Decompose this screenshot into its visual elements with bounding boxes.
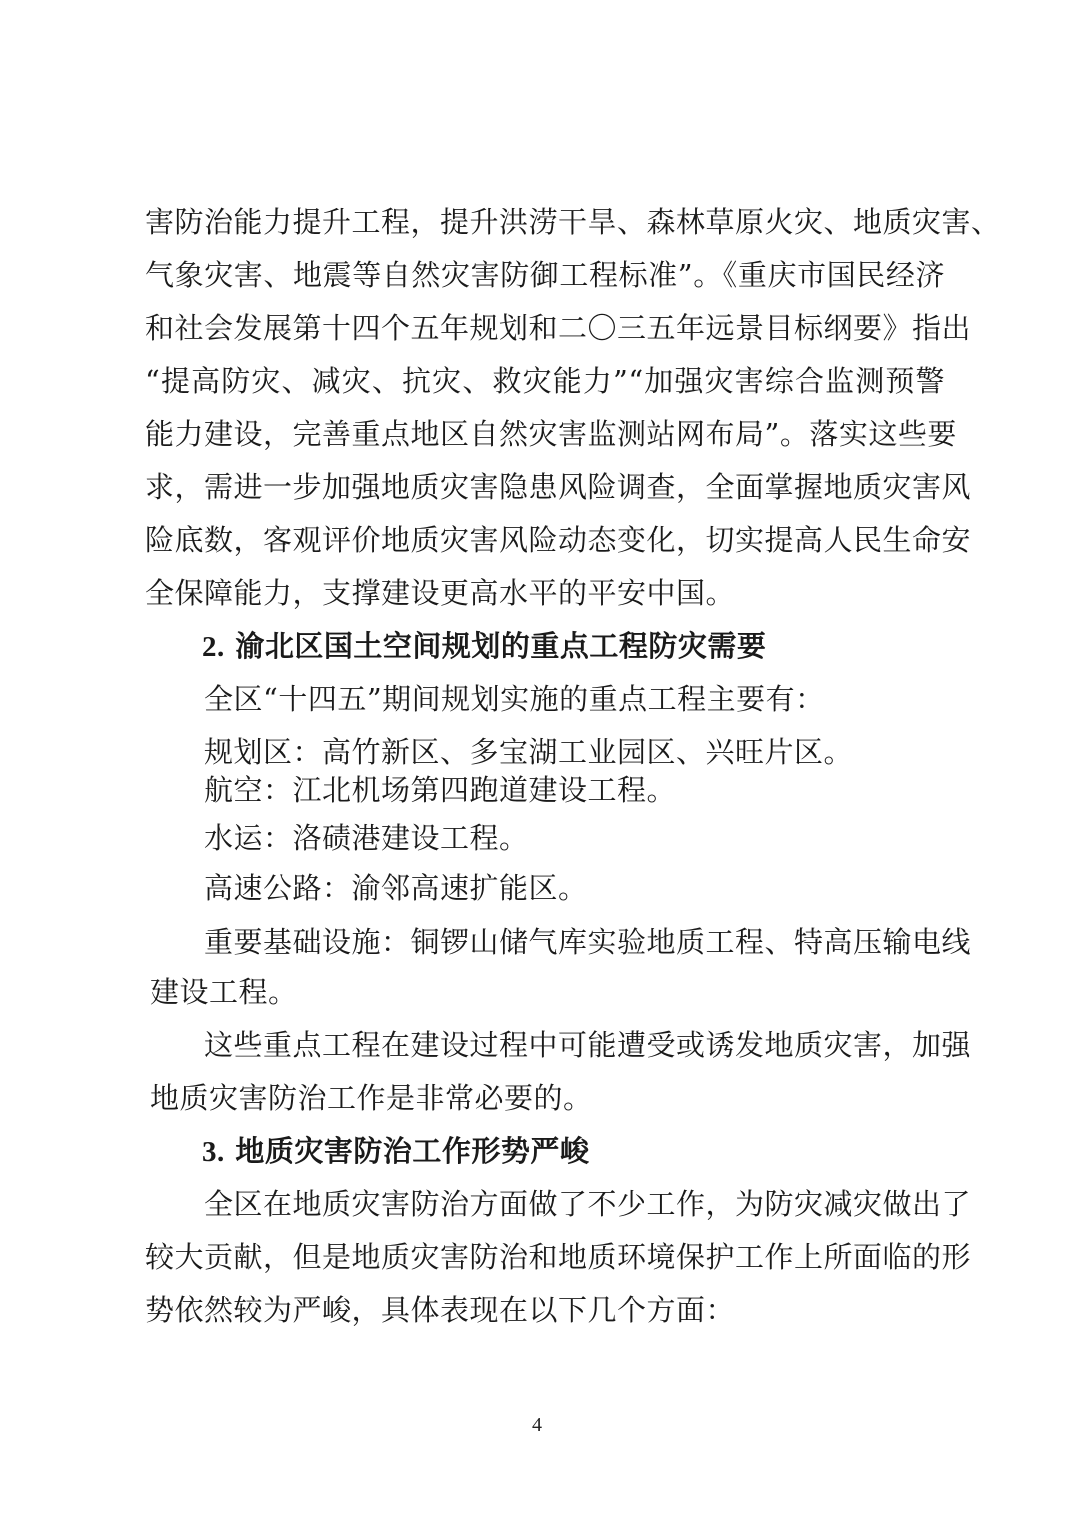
section-3-heading: 3. 地质灾害防治工作形势严峻 [202,1131,589,1171]
item-text: 洛碛港建设工程。 [293,821,529,855]
item-label: 规划区： [204,735,322,769]
paragraph-line: 求，需进一步加强地质灾害隐患风险调查，全面掌握地质灾害风 [145,467,945,507]
item-text: 高竹新区、多宝湖工业园区、兴旺片区。 [322,735,853,769]
paragraph-line: 全保障能力，支撑建设更高水平的平安中国。 [145,573,735,613]
section-2-heading: 2. 渝北区国土空间规划的重点工程防灾需要 [202,626,766,666]
project-item-water-transport: 水运：洛碛港建设工程。 [204,818,529,858]
paragraph-line: 害防治能力提升工程，提升洪涝干旱、森林草原火灾、地质灾害、 [145,202,945,242]
paragraph-line: 和社会发展第十四个五年规划和二〇三五年远景目标纲要》指出 [145,308,945,348]
paragraph-line: 全区在地质灾害防治方面做了不少工作，为防灾减灾做出了 [204,1184,944,1224]
item-label: 航空： [204,773,293,807]
section-number: 2. [202,631,225,663]
section-2-intro: 全区“十四五”期间规划实施的重点工程主要有： [204,679,825,719]
paragraph-line: 地质灾害防治工作是非常必要的。 [150,1078,593,1118]
paragraph-line: 能力建设，完善重点地区自然灾害监测站网布局”。落实这些要 [145,414,945,454]
paragraph-line: 势依然较为严峻，具体表现在以下几个方面： [145,1290,735,1330]
section-number: 3. [202,1136,225,1168]
paragraph-line: 气象灾害、地震等自然灾害防御工程标准”。《重庆市国民经济 [145,255,945,295]
paragraph-line: 建设工程。 [150,972,298,1012]
paragraph-line: 较大贡献，但是地质灾害防治和地质环境保护工作上所面临的形 [145,1237,945,1277]
document-page: 害防治能力提升工程，提升洪涝干旱、森林草原火灾、地质灾害、 气象灾害、地震等自然… [0,0,1074,1520]
project-item-expressway: 高速公路：渝邻高速扩能区。 [204,868,588,908]
project-item-planning-area: 规划区：高竹新区、多宝湖工业园区、兴旺片区。 [204,732,853,772]
section-title: 地质灾害防治工作形势严峻 [235,1134,589,1168]
paragraph-line: “提高防灾、减灾、抗灾、救灾能力”“加强灾害综合监测预警 [145,361,945,401]
item-label: 水运： [204,821,293,855]
page-number: 4 [0,1414,1074,1437]
section-title: 渝北区国土空间规划的重点工程防灾需要 [235,629,766,663]
paragraph-line: 险底数，客观评价地质灾害风险动态变化，切实提高人民生命安 [145,520,945,560]
paragraph-line: 这些重点工程在建设过程中可能遭受或诱发地质灾害，加强 [204,1025,944,1065]
item-text: 江北机场第四跑道建设工程。 [293,773,677,807]
item-label: 高速公路： [204,871,352,905]
project-item-aviation: 航空：江北机场第四跑道建设工程。 [204,770,676,810]
item-text: 渝邻高速扩能区。 [352,871,588,905]
paragraph-line: 重要基础设施：铜锣山储气库实验地质工程、特高压输电线 [204,922,944,962]
